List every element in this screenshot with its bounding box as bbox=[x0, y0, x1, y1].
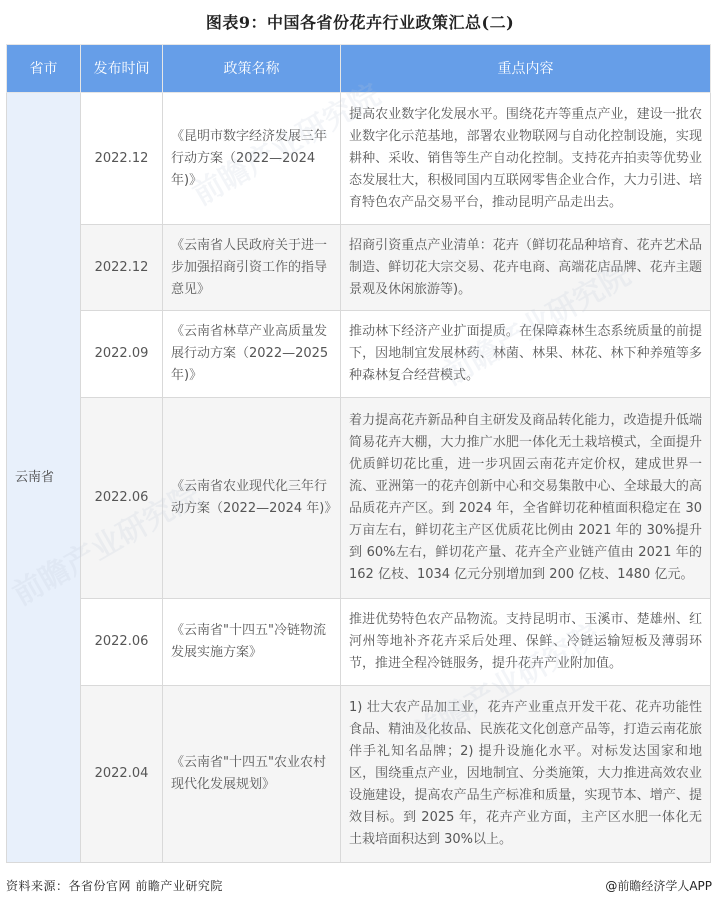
table-row: 2022.04 《云南省"十四五"农业农村现代化发展规划》 1) 壮大农产品加工… bbox=[7, 686, 711, 863]
province-cell: 云南省 bbox=[7, 93, 81, 863]
policy-name-cell: 《云南省人民政府关于进一步加强招商引资工作的指导意见》 bbox=[163, 225, 341, 311]
chart-title: 图表9：中国各省份花卉行业政策汇总(二) bbox=[0, 10, 720, 33]
date-cell: 2022.09 bbox=[81, 311, 163, 398]
credit-note: @前瞻经济学人APP bbox=[605, 877, 712, 894]
date-cell: 2022.06 bbox=[81, 398, 163, 599]
table-header-row: 省市 发布时间 政策名称 重点内容 bbox=[7, 45, 711, 93]
date-cell: 2022.04 bbox=[81, 686, 163, 863]
header-province: 省市 bbox=[7, 45, 81, 93]
table-row: 2022.06 《云南省农业现代化三年行动方案（2022—2024 年)》 着力… bbox=[7, 398, 711, 599]
content-cell: 招商引资重点产业清单：花卉（鲜切花品种培育、花卉艺术品制造、鲜切花大宗交易、花卉… bbox=[341, 225, 711, 311]
content-cell: 推进优势特色农产品物流。支持昆明市、玉溪市、楚雄州、红河州等地补齐花卉采后处理、… bbox=[341, 599, 711, 686]
source-note: 资料来源：各省份官网 前瞻产业研究院 bbox=[6, 877, 223, 894]
table-row: 2022.06 《云南省"十四五"冷链物流发展实施方案》 推进优势特色农产品物流… bbox=[7, 599, 711, 686]
date-cell: 2022.12 bbox=[81, 225, 163, 311]
table-row: 云南省 2022.12 《昆明市数字经济发展三年行动方案（2022—2024年)… bbox=[7, 93, 711, 225]
header-date: 发布时间 bbox=[81, 45, 163, 93]
content-cell: 1) 壮大农产品加工业，花卉产业重点开发干花、花卉功能性食品、精油及化妆品、民族… bbox=[341, 686, 711, 863]
policy-name-cell: 《云南省林草产业高质量发展行动方案（2022—2025年)》 bbox=[163, 311, 341, 398]
policy-name-cell: 《云南省"十四五"冷链物流发展实施方案》 bbox=[163, 599, 341, 686]
content-cell: 推动林下经济产业扩面提质。在保障森林生态系统质量的前提下，因地制宜发展林药、林菌… bbox=[341, 311, 711, 398]
table-row: 2022.09 《云南省林草产业高质量发展行动方案（2022—2025年)》 推… bbox=[7, 311, 711, 398]
header-policy-name: 政策名称 bbox=[163, 45, 341, 93]
date-cell: 2022.12 bbox=[81, 93, 163, 225]
content-cell: 着力提高花卉新品种自主研发及商品转化能力，改造提升低端简易花卉大棚，大力推广水肥… bbox=[341, 398, 711, 599]
date-cell: 2022.06 bbox=[81, 599, 163, 686]
policy-name-cell: 《云南省农业现代化三年行动方案（2022—2024 年)》 bbox=[163, 398, 341, 599]
policy-name-cell: 《云南省"十四五"农业农村现代化发展规划》 bbox=[163, 686, 341, 863]
content-cell: 提高农业数字化发展水平。围绕花卉等重点产业，建设一批农业数字化示范基地，部署农业… bbox=[341, 93, 711, 225]
policy-table: 省市 发布时间 政策名称 重点内容 云南省 2022.12 《昆明市数字经济发展… bbox=[6, 44, 711, 863]
table-row: 2022.12 《云南省人民政府关于进一步加强招商引资工作的指导意见》 招商引资… bbox=[7, 225, 711, 311]
policy-name-cell: 《昆明市数字经济发展三年行动方案（2022—2024年)》 bbox=[163, 93, 341, 225]
header-key-content: 重点内容 bbox=[341, 45, 711, 93]
